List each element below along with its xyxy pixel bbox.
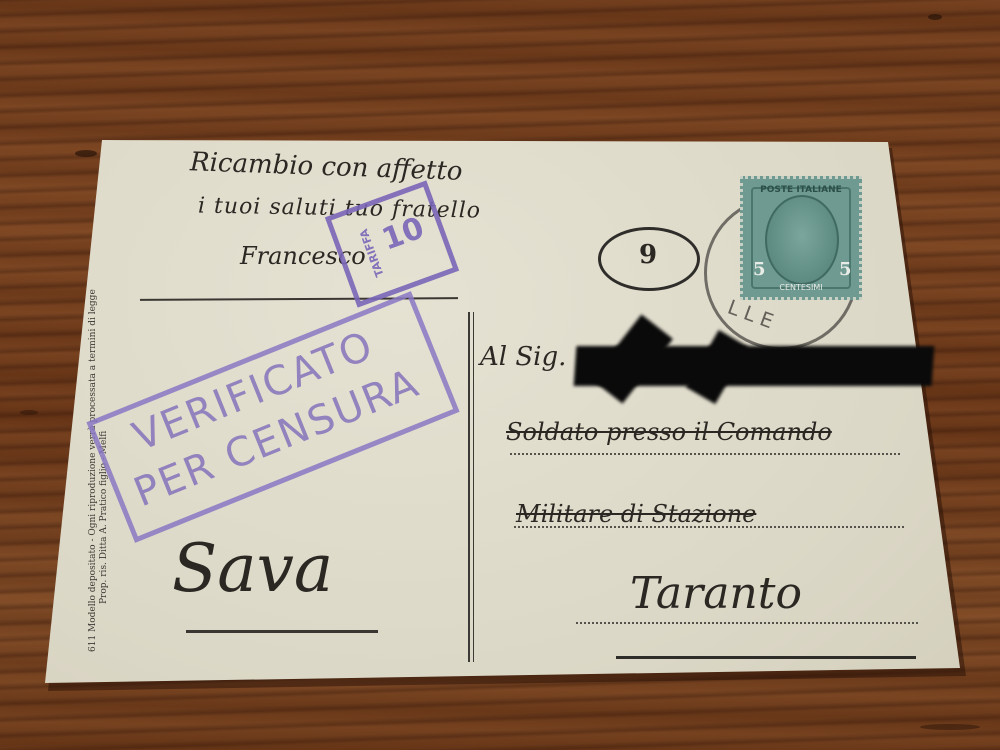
center-divider-thin xyxy=(473,312,474,662)
postage-stamp-denomination-left: 5 xyxy=(753,259,766,280)
wood-knot xyxy=(920,724,980,730)
address-dotted-line xyxy=(576,622,918,624)
postmark-text: LLE xyxy=(724,295,782,336)
address-underline xyxy=(616,656,916,659)
address-line-1-prefix: Al Sig. xyxy=(480,342,566,372)
postage-stamp: POSTE ITALIANE 5 5 CENTESIMI xyxy=(740,176,862,300)
wood-knot xyxy=(928,14,942,20)
postage-stamp-header: POSTE ITALIANE xyxy=(753,185,849,195)
postage-stamp-denomination-right: 5 xyxy=(839,259,852,280)
origin-place: Sava xyxy=(172,530,333,607)
oval-mark-value: 9 xyxy=(639,240,657,270)
address-line-3: Militare di Stazione xyxy=(516,500,756,528)
address-line-2: Soldato presso il Comando xyxy=(506,418,832,446)
address-line-4: Taranto xyxy=(630,568,802,619)
origin-underline xyxy=(186,630,378,633)
center-divider xyxy=(468,312,470,662)
king-portrait-icon xyxy=(765,195,839,285)
postage-stamp-unit: CENTESIMI xyxy=(753,283,849,292)
oval-mark: 9 xyxy=(598,227,700,291)
address-dotted-line xyxy=(514,526,904,528)
address-dotted-line xyxy=(510,453,900,455)
wood-knot xyxy=(75,150,97,157)
wood-knot xyxy=(20,410,38,415)
tax-stamp-value: 10 xyxy=(378,211,429,258)
